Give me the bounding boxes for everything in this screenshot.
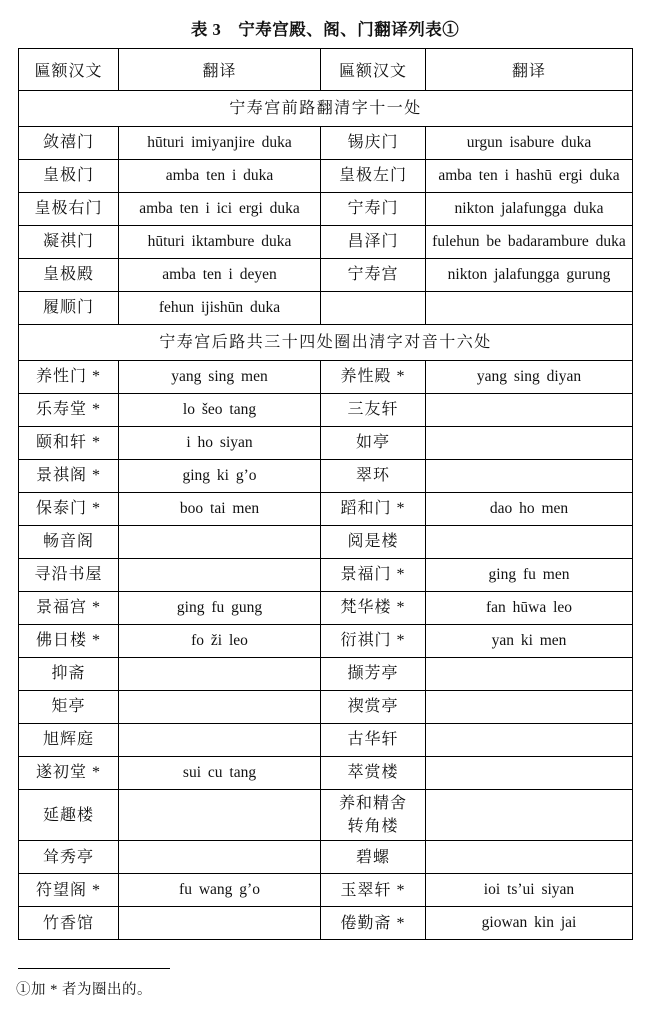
table-row: 延趣楼养和精舍 转角楼: [19, 790, 633, 841]
plaque-cn-cell: 养和精舍 转角楼: [321, 790, 426, 841]
table-row: 乐寿堂 *lo šeo tang三友轩: [19, 394, 633, 427]
translation-cell: urgun isabure duka: [426, 127, 633, 160]
translation-cell: [426, 691, 633, 724]
plaque-cn-cell: 翠环: [321, 460, 426, 493]
plaque-cn-cell: 衍祺门 *: [321, 625, 426, 658]
plaque-cn-cell: 养性门 *: [19, 361, 119, 394]
plaque-cn-cell: 乐寿堂 *: [19, 394, 119, 427]
table-row: 景祺阁 *ging ki g’o翠环: [19, 460, 633, 493]
plaque-cn-cell: 遂初堂 *: [19, 757, 119, 790]
table-row: 凝祺门hūturi iktambure duka昌泽门fulehun be ba…: [19, 226, 633, 259]
table-row: 畅音阁阅是楼: [19, 526, 633, 559]
plaque-cn-cell: 养性殿 *: [321, 361, 426, 394]
plaque-cn-cell: 宁寿门: [321, 193, 426, 226]
header-translation-1: 翻译: [119, 49, 321, 91]
plaque-cn-cell: 旭辉庭: [19, 724, 119, 757]
plaque-cn-cell: 履顺门: [19, 292, 119, 325]
plaque-cn-cell: 景祺阁 *: [19, 460, 119, 493]
table-row: 履顺门fehun ijishūn duka: [19, 292, 633, 325]
plaque-cn-cell: 畅音阁: [19, 526, 119, 559]
translation-cell: hūturi imiyanjire duka: [119, 127, 321, 160]
table-row: 寻沿书屋景福门 *ging fu men: [19, 559, 633, 592]
translation-cell: [119, 790, 321, 841]
plaque-cn-cell: 颐和轩 *: [19, 427, 119, 460]
plaque-cn-cell: 皇极殿: [19, 259, 119, 292]
plaque-cn-cell: 三友轩: [321, 394, 426, 427]
translation-cell: [119, 907, 321, 940]
translation-cell: fan hūwa leo: [426, 592, 633, 625]
translation-cell: [119, 526, 321, 559]
translation-cell: [119, 841, 321, 874]
plaque-cn-cell: 撷芳亭: [321, 658, 426, 691]
translation-cell: ging fu gung: [119, 592, 321, 625]
translation-cell: giowan kin jai: [426, 907, 633, 940]
table-row: 旭辉庭古华轩: [19, 724, 633, 757]
plaque-cn-cell: 抑斋: [19, 658, 119, 691]
plaque-cn-cell: 耸秀亭: [19, 841, 119, 874]
translation-cell: dao ho men: [426, 493, 633, 526]
plaque-cn-cell: 如亭: [321, 427, 426, 460]
header-plaque-cn-2: 匾额汉文: [321, 49, 426, 91]
table-row: 竹香馆倦勤斋 *giowan kin jai: [19, 907, 633, 940]
translation-cell: ging ki g’o: [119, 460, 321, 493]
translation-cell: [119, 559, 321, 592]
section-header-label: 宁寿宫后路共三十四处圈出清字对音十六处: [19, 325, 633, 361]
table-row: 遂初堂 *sui cu tang萃赏楼: [19, 757, 633, 790]
translation-cell: fulehun be badarambure duka: [426, 226, 633, 259]
translation-cell: [426, 427, 633, 460]
translation-cell: [426, 526, 633, 559]
translation-cell: [426, 394, 633, 427]
table-row: 佛日楼 *fo ži leo衍祺门 *yan ki men: [19, 625, 633, 658]
header-translation-2: 翻译: [426, 49, 633, 91]
table-row: 保泰门 *boo tai men蹈和门 *dao ho men: [19, 493, 633, 526]
table-row: 颐和轩 *i ho siyan如亭: [19, 427, 633, 460]
translation-cell: fo ži leo: [119, 625, 321, 658]
table-row: 景福宫 *ging fu gung梵华楼 *fan hūwa leo: [19, 592, 633, 625]
plaque-cn-cell: 蹈和门 *: [321, 493, 426, 526]
table-row: 皇极门amba ten i duka皇极左门amba ten i hashū e…: [19, 160, 633, 193]
plaque-cn-cell: 昌泽门: [321, 226, 426, 259]
plaque-cn-cell: 符望阁 *: [19, 874, 119, 907]
table-title: 表 3 宁寿宫殿、阁、门翻译列表①: [0, 16, 650, 40]
translation-cell: [426, 757, 633, 790]
plaque-cn-cell: 皇极左门: [321, 160, 426, 193]
footnote-text: ①加 * 者为圈出的。: [16, 978, 152, 999]
translation-cell: yang sing men: [119, 361, 321, 394]
translation-cell: amba ten i duka: [119, 160, 321, 193]
plaque-cn-cell: 凝祺门: [19, 226, 119, 259]
plaque-cn-cell: 敛禧门: [19, 127, 119, 160]
section-header-label: 宁寿宫前路翻清字十一处: [19, 91, 633, 127]
plaque-cn-cell: 景福门 *: [321, 559, 426, 592]
translation-cell: fu wang g’o: [119, 874, 321, 907]
table-row: 矩亭禊赏亭: [19, 691, 633, 724]
translation-cell: [426, 460, 633, 493]
plaque-cn-cell: 倦勤斋 *: [321, 907, 426, 940]
header-plaque-cn-1: 匾额汉文: [19, 49, 119, 91]
translation-cell: hūturi iktambure duka: [119, 226, 321, 259]
translation-cell: yan ki men: [426, 625, 633, 658]
plaque-cn-cell: 皇极门: [19, 160, 119, 193]
section-header-row: 宁寿宫前路翻清字十一处: [19, 91, 633, 127]
translation-cell: amba ten i deyen: [119, 259, 321, 292]
translation-cell: amba ten i hashū ergi duka: [426, 160, 633, 193]
translation-cell: [426, 724, 633, 757]
plaque-cn-cell: 竹香馆: [19, 907, 119, 940]
plaque-cn-cell: 禊赏亭: [321, 691, 426, 724]
translation-cell: nikton jalafungga gurung: [426, 259, 633, 292]
plaque-cn-cell: 保泰门 *: [19, 493, 119, 526]
plaque-cn-cell: 锡庆门: [321, 127, 426, 160]
translation-cell: ging fu men: [426, 559, 633, 592]
plaque-cn-cell: 皇极右门: [19, 193, 119, 226]
plaque-cn-cell: 萃赏楼: [321, 757, 426, 790]
translation-cell: [426, 658, 633, 691]
translation-table: 匾额汉文 翻译 匾额汉文 翻译 宁寿宫前路翻清字十一处敛禧门hūturi imi…: [18, 48, 633, 940]
translation-cell: lo šeo tang: [119, 394, 321, 427]
table-row: 耸秀亭碧螺: [19, 841, 633, 874]
table-body: 宁寿宫前路翻清字十一处敛禧门hūturi imiyanjire duka锡庆门u…: [19, 91, 633, 940]
translation-cell: boo tai men: [119, 493, 321, 526]
table-row: 养性门 *yang sing men养性殿 *yang sing diyan: [19, 361, 633, 394]
translation-cell: [426, 841, 633, 874]
translation-cell: [426, 292, 633, 325]
translation-cell: sui cu tang: [119, 757, 321, 790]
section-header-row: 宁寿宫后路共三十四处圈出清字对音十六处: [19, 325, 633, 361]
plaque-cn-cell: 碧螺: [321, 841, 426, 874]
translation-cell: nikton jalafungga duka: [426, 193, 633, 226]
table-row: 抑斋撷芳亭: [19, 658, 633, 691]
translation-cell: ioi ts’ui siyan: [426, 874, 633, 907]
plaque-cn-cell: 景福宫 *: [19, 592, 119, 625]
translation-cell: [119, 658, 321, 691]
plaque-cn-cell: 梵华楼 *: [321, 592, 426, 625]
plaque-cn-cell: 矩亭: [19, 691, 119, 724]
table-row: 敛禧门hūturi imiyanjire duka锡庆门urgun isabur…: [19, 127, 633, 160]
translation-cell: [119, 691, 321, 724]
translation-cell: [119, 724, 321, 757]
translation-cell: yang sing diyan: [426, 361, 633, 394]
plaque-cn-cell: 宁寿宫: [321, 259, 426, 292]
table-row: 符望阁 *fu wang g’o玉翠轩 *ioi ts’ui siyan: [19, 874, 633, 907]
translation-cell: [426, 790, 633, 841]
plaque-cn-cell: [321, 292, 426, 325]
plaque-cn-cell: 延趣楼: [19, 790, 119, 841]
table-header: 匾额汉文 翻译 匾额汉文 翻译: [19, 49, 633, 91]
header-row: 匾额汉文 翻译 匾额汉文 翻译: [19, 49, 633, 91]
translation-cell: i ho siyan: [119, 427, 321, 460]
translation-cell: fehun ijishūn duka: [119, 292, 321, 325]
plaque-cn-cell: 佛日楼 *: [19, 625, 119, 658]
translation-cell: amba ten i ici ergi duka: [119, 193, 321, 226]
footnote-divider: [18, 968, 170, 969]
plaque-cn-cell: 玉翠轩 *: [321, 874, 426, 907]
plaque-cn-cell: 阅是楼: [321, 526, 426, 559]
table-row: 皇极殿amba ten i deyen宁寿宫nikton jalafungga …: [19, 259, 633, 292]
plaque-cn-cell: 寻沿书屋: [19, 559, 119, 592]
plaque-cn-cell: 古华轩: [321, 724, 426, 757]
table-row: 皇极右门amba ten i ici ergi duka宁寿门nikton ja…: [19, 193, 633, 226]
